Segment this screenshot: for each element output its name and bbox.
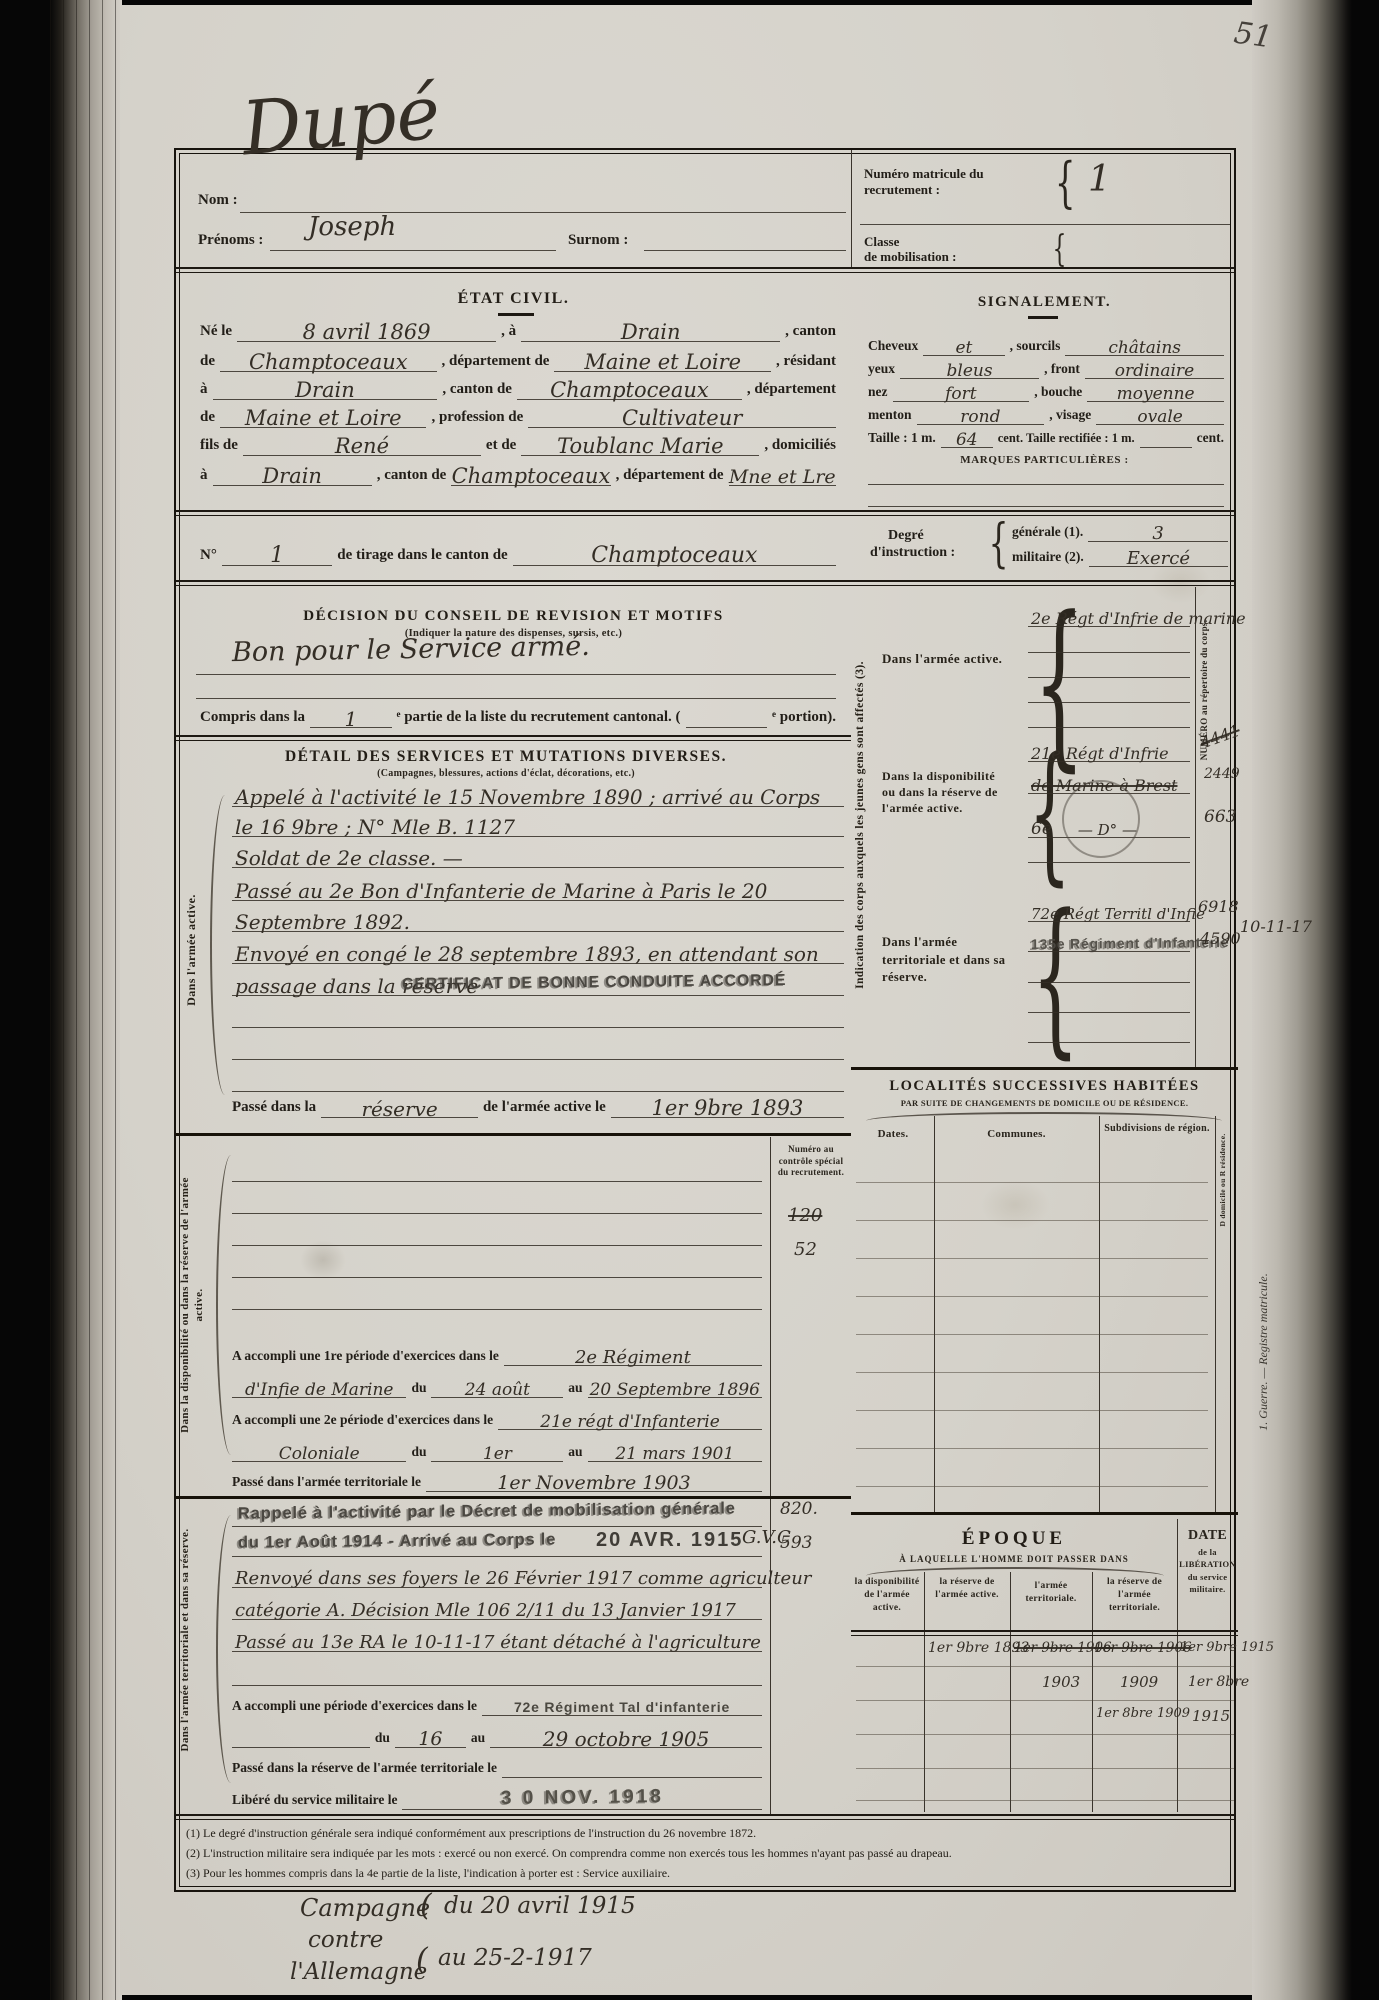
field-line: moyenne: [1087, 387, 1224, 402]
field-line: Champtoceaux: [220, 353, 437, 372]
numero-column-divider: [1195, 587, 1196, 1069]
field-label: de: [200, 353, 215, 372]
table-column-line: [924, 1572, 925, 1812]
tirage-row: N° 1 de tirage dans le canton de Champto…: [200, 540, 836, 566]
etat-civil-row: fils de René et de Toublanc Marie , domi…: [200, 432, 836, 456]
nom-label: Nom :: [198, 192, 238, 211]
blank-line: [232, 1660, 762, 1686]
field-label: menton: [868, 407, 912, 425]
epoque-col2-header: la réserve de l'armée active.: [926, 1576, 1008, 1602]
field-line: 1: [222, 546, 332, 566]
field-value: Champtoceaux: [249, 353, 408, 372]
field-label: Libéré du service militaire le: [232, 1792, 397, 1810]
blank-line: [1028, 982, 1190, 983]
service-entry: catégorie A. Décision Mle 106 2/11 du 13…: [235, 1603, 736, 1619]
field-value: 1er: [483, 1447, 512, 1462]
territoriale-pass-row: Passé dans l'armée territoriale le 1er N…: [232, 1466, 762, 1492]
service-entry: le 16 9bre ; N° Mle B. 1127: [235, 818, 515, 836]
periode-row: d'Infie de Marine du 24 août au 20 Septe…: [232, 1372, 762, 1398]
blank-line: [232, 1220, 762, 1246]
field-line: 16: [395, 1731, 466, 1748]
matricule-line: [860, 224, 1230, 225]
field-line: d'Infie de Marine: [232, 1383, 406, 1398]
field-line: rond: [917, 410, 1045, 425]
field-label: au: [471, 1730, 485, 1748]
page-stack-edge: [1252, 0, 1352, 2000]
prenoms-value: Joseph: [308, 216, 396, 239]
field-value: René: [335, 437, 389, 456]
field-line: 1: [310, 710, 392, 728]
etat-civil-row: de Champtoceaux , département de Maine e…: [200, 348, 836, 372]
section-rule: [176, 735, 851, 741]
blank-line: [232, 1066, 844, 1092]
corps-line: 21e Régt d'Infrie: [1028, 736, 1190, 762]
table-column-line: [1099, 1116, 1100, 1512]
blank-line: [1028, 702, 1190, 703]
numero-label: N°: [200, 547, 217, 566]
field-label: Taille : 1 m.: [868, 430, 936, 448]
blank-line: [232, 1034, 844, 1060]
controle-number: 52: [794, 1242, 817, 1258]
service-line: catégorie A. Décision Mle 106 2/11 du 13…: [232, 1594, 762, 1620]
field-line: ovale: [1096, 410, 1224, 425]
instruction-row: militaire (2). Exercé: [1012, 547, 1228, 567]
service-line: Renvoyé dans ses foyers le 26 Février 19…: [232, 1562, 762, 1588]
blank-line: [232, 1252, 762, 1278]
blank-line: [232, 1526, 762, 1527]
signalement-row: nez fort , bouche moyenne: [868, 380, 1224, 402]
instruction-label-2: d'instruction :: [870, 545, 955, 563]
epoque-value: 1909: [1120, 1676, 1158, 1690]
field-label: au: [568, 1444, 582, 1462]
field-line: Toublanc Marie: [521, 437, 759, 456]
epoque-value-struck: 1er 9bre 1906: [1094, 1642, 1192, 1654]
epoque-col3-header: l'armée territoriale.: [1012, 1580, 1090, 1606]
service-entry: Renvoyé dans ses foyers le 26 Février 19…: [235, 1571, 811, 1587]
regiment-stamp: 72e Régiment Tal d'infanterie: [514, 1699, 730, 1715]
col-header-communes: Communes.: [934, 1128, 1099, 1140]
section-rule: [176, 510, 1234, 516]
campaign-note-date: au 25-2-1917: [438, 1948, 592, 1969]
campaign-note-word: contre: [308, 1930, 383, 1951]
field-label: de l'armée active le: [483, 1099, 606, 1118]
field-label: , front: [1044, 361, 1080, 379]
blank-line: [1028, 1012, 1190, 1013]
section-rule: [851, 1067, 1238, 1070]
field-value: 20 Septembre 1896: [590, 1383, 760, 1398]
section-rule: [176, 1133, 851, 1136]
col-header-subdivisions: Subdivisions de région.: [1099, 1122, 1215, 1135]
field-line: René: [243, 437, 481, 456]
corps-group-label-territoriale: Dans l'armée territoriale et dans sa rés…: [882, 934, 1008, 987]
note-paren: (: [420, 1892, 432, 1919]
blank-line: [232, 1284, 762, 1310]
field-value: Toublanc Marie: [557, 437, 723, 456]
field-label: , profession de: [431, 409, 523, 428]
date-col-subtitle: de la LIBÉRATION du service militaire.: [1179, 1546, 1236, 1595]
field-label: Compris dans la: [200, 709, 305, 728]
services-title: DÉTAIL DES SERVICES ET MUTATIONS DIVERSE…: [206, 748, 806, 766]
col-header-domicile-residence: D domicile ou R résidence.: [1218, 1120, 1236, 1240]
prenoms-line: [270, 250, 556, 251]
section-brace-arc: [210, 795, 225, 1095]
field-line: 29 octobre 1905: [490, 1730, 762, 1748]
field-label: , sourcils: [1010, 338, 1061, 356]
tirage-label: de tirage dans le canton de: [337, 547, 507, 566]
service-line: le 16 9bre ; N° Mle B. 1127: [232, 811, 844, 837]
etat-civil-row: à Drain , canton de Champtoceaux , dépar…: [200, 462, 836, 486]
field-value: Coloniale: [279, 1447, 360, 1462]
footnote-rule: [176, 1814, 1234, 1820]
field-line: [502, 1777, 762, 1778]
field-line: Drain: [521, 323, 780, 342]
epoque-col1-header: la disponibilité de l'armée active.: [852, 1576, 922, 1614]
blank-line: [1028, 862, 1190, 863]
instruction-brace: {: [989, 518, 1009, 570]
campaign-note-word: l'Allemagne: [290, 1962, 427, 1983]
field-line: [232, 1747, 370, 1748]
field-label: du: [411, 1380, 426, 1398]
field-label: A accompli une 2e période d'exercices da…: [232, 1412, 493, 1430]
signalement-row: menton rond , visage ovale: [868, 403, 1224, 425]
blank-line: [868, 506, 1224, 507]
reserve-territoriale-row: Passé dans la réserve de l'armée territo…: [232, 1754, 762, 1778]
field-value: Exercé: [1127, 551, 1190, 567]
field-label: de: [200, 409, 215, 428]
field-line: Champtoceaux: [451, 467, 610, 486]
field-label: et de: [486, 437, 516, 456]
field-value: 64: [956, 433, 978, 448]
footnote-3: (3) Pour les hommes compris dans la 4e p…: [186, 1866, 670, 1881]
blank-line: [196, 698, 836, 699]
field-label: fils de: [200, 437, 238, 456]
field-line: Maine et Loire: [220, 409, 426, 428]
repertoire-number: 6918: [1198, 900, 1239, 914]
header-divider: [851, 150, 852, 267]
table-row-line: [856, 1800, 1234, 1801]
field-value: Maine et Loire: [245, 409, 402, 428]
field-label: , département de: [442, 353, 550, 372]
epoque-value: 1er 9bre 1915: [1180, 1642, 1274, 1654]
field-value: 8 avril 1869: [303, 323, 431, 342]
field-value: 21e régt d'Infanterie: [540, 1415, 720, 1430]
field-label: Cheveux: [868, 338, 918, 356]
field-line: Champtoceaux: [513, 546, 836, 566]
field-label: ᵉ partie de la liste du recrutement cant…: [397, 709, 681, 728]
field-line: Maine et Loire: [554, 353, 771, 372]
section-rule: [176, 1496, 851, 1499]
table-row-line: [856, 1448, 1208, 1449]
nom-value: Dupé: [239, 79, 442, 163]
periode-row: Coloniale du 1er au 21 mars 1901: [232, 1436, 762, 1462]
etat-civil-row: Né le 8 avril 1869 , à Drain , canton: [200, 318, 836, 342]
field-label: à: [200, 381, 208, 400]
table-row-line: [856, 1410, 1208, 1411]
field-line: 3: [1088, 526, 1228, 542]
table-row-line: [856, 1334, 1208, 1335]
service-line: Passé au 2e Bon d'Infanterie de Marine à…: [232, 875, 844, 901]
campaign-note-date: du 20 avril 1915: [444, 1896, 636, 1917]
field-line: Champtoceaux: [517, 381, 742, 400]
controle-column-divider: [770, 1137, 771, 1814]
repertoire-number: 4590: [1200, 932, 1241, 946]
service-line: Appelé à l'activité le 15 Novembre 1890 …: [232, 781, 844, 807]
arrivee-date-stamp: 20 AVR. 1915: [596, 1529, 743, 1552]
field-line: Exercé: [1089, 551, 1228, 567]
service-line: Envoyé en congé le 28 septembre 1893, en…: [232, 938, 844, 964]
field-line: 24 août: [431, 1383, 563, 1398]
field-line: 3 0 NOV. 1918: [402, 1787, 762, 1810]
localites-subtitle: PAR SUITE DE CHANGEMENTS DE DOMICILE OU …: [851, 1098, 1238, 1108]
etat-civil-row: à Drain , canton de Champtoceaux , dépar…: [200, 376, 836, 400]
matricule-brace: {: [1055, 156, 1076, 210]
field-line: 20 Septembre 1896: [588, 1383, 762, 1398]
etat-civil-row: de Maine et Loire , profession de Cultiv…: [200, 404, 836, 428]
service-entry: Soldat de 2e classe. —: [235, 849, 463, 867]
field-value: 16: [418, 1731, 442, 1748]
exercice-row: du 16 au 29 octobre 1905: [232, 1722, 762, 1748]
service-entry: Passé au 2e Bon d'Infanterie de Marine à…: [235, 882, 767, 900]
tirage-canton: Champtoceaux: [591, 546, 757, 566]
book-binding-edge: [50, 0, 122, 2000]
localites-title: LOCALITÉS SUCCESSIVES HABITÉES: [851, 1078, 1238, 1095]
field-value: 29 octobre 1905: [543, 1730, 710, 1748]
date-col-title: DATE: [1179, 1528, 1236, 1544]
compris-row: Compris dans la 1 ᵉ partie de la liste d…: [200, 706, 836, 728]
periode-row: A accompli une 1re période d'exercices d…: [232, 1340, 762, 1366]
service-line: Passé au 13e RA le 10-11-17 étant détach…: [232, 1626, 762, 1652]
field-label: , à: [501, 323, 516, 342]
field-label: , canton de: [442, 381, 512, 400]
field-value: Drain: [621, 323, 681, 342]
field-value: Drain: [262, 467, 322, 486]
classe-brace: {: [1053, 232, 1067, 268]
field-value: Maine et Loire: [584, 353, 741, 372]
field-line: et: [923, 341, 1004, 356]
field-label: , canton de: [377, 467, 447, 486]
mobilisation-stamp-line2: du 1er Août 1914 - Arrivé au Corps le: [238, 1530, 556, 1552]
field-value: Cultivateur: [622, 409, 742, 428]
form-frame: Nom : Dupé Prénoms : Joseph Surnom : Num…: [174, 148, 1236, 1892]
field-line: châtains: [1065, 341, 1224, 356]
field-label: à: [200, 467, 208, 486]
liberation-row: Libéré du service militaire le 3 0 NOV. …: [232, 1782, 762, 1810]
table-row-line: [856, 1220, 1208, 1221]
service-entry: Envoyé en congé le 28 septembre 1893, en…: [235, 945, 819, 963]
footnote-1: (1) Le degré d'instruction générale sera…: [186, 1826, 756, 1841]
controle-header: Numéro au contrôle spécial du recrutemen…: [773, 1144, 849, 1179]
field-label: militaire (2).: [1012, 549, 1084, 567]
blank-line: [232, 1556, 762, 1557]
field-label: , département de: [616, 467, 724, 486]
table-column-line: [1010, 1572, 1011, 1812]
epoque-col4-header: la réserve de l'armée territoriale.: [1094, 1576, 1175, 1614]
field-label: Passé dans la: [232, 1099, 316, 1118]
title-dash: [1028, 316, 1058, 319]
field-value: Drain: [295, 381, 355, 400]
field-value: ovale: [1137, 410, 1182, 425]
field-value: 24 août: [465, 1383, 530, 1398]
field-label: , canton: [785, 323, 836, 342]
passe-reserve-row: Passé dans la réserve de l'armée active …: [232, 1094, 844, 1118]
field-value: bleus: [947, 364, 993, 379]
field-line: Drain: [213, 381, 438, 400]
field-line: 21e régt d'Infanterie: [498, 1415, 762, 1430]
field-label: , bouche: [1034, 384, 1082, 402]
service-entry: Septembre 1892.: [235, 913, 410, 931]
surnom-label: Surnom :: [568, 232, 628, 251]
table-row-line: [856, 1666, 1234, 1667]
epoque-value: 1903: [1042, 1676, 1080, 1690]
field-value: châtains: [1108, 341, 1181, 356]
table-row-line: [856, 1258, 1208, 1259]
service-entry: Appelé à l'activité le 15 Novembre 1890 …: [235, 788, 820, 806]
instruction-label-1: Degré: [888, 528, 924, 546]
field-label: yeux: [868, 361, 895, 379]
sidebar-disponibilite: Dans la disponibilité ou dans la réserve…: [178, 1160, 210, 1450]
decision-value: Bon pour le Service armé.: [232, 635, 590, 666]
matricule-label: Numéro matricule du recrutement :: [864, 166, 1044, 201]
services-subtitle: (Campagnes, blessures, actions d'éclat, …: [206, 768, 806, 779]
classe-label-2: de mobilisation :: [864, 249, 1044, 267]
instruction-row: générale (1). 3: [1012, 522, 1228, 542]
field-value: Mne et Lre: [729, 469, 836, 486]
controle-number-old: 120: [788, 1208, 822, 1224]
field-label: Passé dans l'armée territoriale le: [232, 1474, 421, 1492]
epoque-title: ÉPOQUE: [851, 1528, 1177, 1550]
field-label: , domiciliés: [764, 437, 836, 456]
margin-series-label: 1. Guerre. — Registre matricule.: [1256, 1252, 1272, 1452]
page-number: 51: [1232, 19, 1274, 51]
table-row-line: [856, 1700, 1234, 1701]
corps-line: 135e Régiment d'Infanterie: [1028, 926, 1190, 952]
field-label: cent. Taille rectifiée : 1 m.: [998, 431, 1135, 448]
field-value: Champtoceaux: [452, 467, 611, 486]
corps-value: 21e Régt d'Infrie: [1031, 747, 1169, 761]
field-value: 1: [344, 710, 357, 728]
sidebar-territoriale: Dans l'armée territoriale et dans sa rés…: [178, 1510, 210, 1770]
liberation-date-stamp: 3 0 NOV. 1918: [501, 1786, 664, 1810]
epoque-value: 1er 8bre: [1188, 1676, 1249, 1689]
field-value: 21 mars 1901: [615, 1447, 734, 1462]
field-value: rond: [960, 410, 1000, 425]
field-line: 1er Novembre 1903: [426, 1475, 762, 1492]
field-line: Cultivateur: [528, 409, 836, 428]
epoque-value: 1er 8bre 1909: [1096, 1708, 1190, 1720]
field-value: 1er 9bre 1893: [651, 1099, 803, 1118]
field-value: fort: [945, 387, 977, 402]
field-line: 72e Régiment Tal d'infanterie: [482, 1699, 762, 1716]
marques-label: MARQUES PARTICULIÈRES :: [851, 454, 1238, 466]
blank-line: [1028, 1042, 1190, 1043]
exercice-row: A accompli une période d'exercices dans …: [232, 1690, 762, 1716]
table-row-line: [856, 1734, 1234, 1735]
corps-value: 6e: [1031, 822, 1052, 837]
header-rule: [851, 1630, 1238, 1636]
footnote-2: (2) L'instruction militaire sera indiqué…: [186, 1846, 952, 1861]
field-line: [686, 727, 768, 728]
field-label: cent.: [1197, 430, 1224, 448]
header-rule: [176, 267, 1234, 273]
margin-date-note: 10-11-17: [1240, 920, 1312, 934]
repertoire-number: 663: [1204, 810, 1236, 825]
field-value: d'Infie de Marine: [245, 1383, 393, 1398]
section-brace-arc: [216, 1515, 231, 1783]
signalement-row: Cheveux et , sourcils châtains: [868, 334, 1224, 356]
field-label: du: [375, 1730, 390, 1748]
table-row-line: [856, 1768, 1234, 1769]
title-dash: [498, 313, 534, 316]
section-brace-arc: [216, 1155, 231, 1455]
service-entry: Passé au 13e RA le 10-11-17 étant détach…: [235, 1635, 761, 1651]
signalement-row: yeux bleus , front ordinaire: [868, 357, 1224, 379]
service-line: Septembre 1892.: [232, 906, 844, 932]
field-label: Passé dans la réserve de l'armée territo…: [232, 1760, 497, 1778]
table-column-line: [1092, 1572, 1093, 1812]
campaign-note-word: Campagne: [300, 1898, 430, 1920]
table-brace: [866, 1112, 1222, 1121]
table-row-line: [856, 1182, 1208, 1183]
field-label: au: [568, 1380, 582, 1398]
table-brace: [866, 1567, 1164, 1576]
field-label: ᵉ portion).: [772, 709, 836, 728]
field-value: 3: [1152, 526, 1163, 542]
repertoire-number: 2449: [1204, 768, 1240, 781]
sidebar-corps-indication: Indication des corps auxquels les jeunes…: [854, 595, 880, 1055]
blank-line: [1028, 652, 1190, 653]
field-line: Mne et Lre: [729, 469, 837, 486]
field-label: , résidant: [776, 353, 836, 372]
scanned-register-page: { "colors":{"paper":"#d7d3cc","ink":"#22…: [0, 0, 1379, 2000]
corps-line: 72e Régt Territl d'Infie: [1028, 896, 1190, 922]
field-line: 1er: [431, 1447, 563, 1462]
epoque-value: 1915: [1192, 1710, 1230, 1724]
field-value: Champtoceaux: [550, 381, 709, 400]
table-row-line: [856, 1486, 1208, 1487]
corps-value: 72e Régt Territl d'Infie: [1031, 908, 1205, 922]
epoque-subtitle: À LAQUELLE L'HOMME DOIT PASSER DANS: [851, 1554, 1177, 1564]
note-paren: (: [416, 1946, 428, 1973]
table-row-line: [856, 1372, 1208, 1373]
tirage-number: 1: [270, 546, 284, 566]
field-label: , département: [747, 381, 836, 400]
corps-group-label-disponibilite: Dans la disponibilité ou dans la réserve…: [882, 768, 1008, 817]
field-label: , visage: [1049, 407, 1091, 425]
field-line: Coloniale: [232, 1447, 406, 1462]
field-value: réserve: [361, 1100, 437, 1118]
mobilisation-stamp-line1: Rappelé à l'activité par le Décret de mo…: [238, 1499, 736, 1523]
table-column-line: [934, 1116, 935, 1512]
prenoms-label: Prénoms :: [198, 232, 263, 251]
field-label: Né le: [200, 323, 232, 342]
round-stamp: [1062, 780, 1140, 858]
surnom-line: [644, 250, 846, 251]
sidebar-armee-active: Dans l'armée active.: [184, 800, 200, 1100]
margin-number: 820.: [780, 1502, 818, 1517]
service-line: Soldat de 2e classe. —: [232, 842, 844, 868]
field-line: Drain: [213, 467, 372, 486]
field-line: ordinaire: [1085, 364, 1224, 379]
blank-line: [196, 674, 836, 675]
blank-line: [1028, 677, 1190, 678]
field-line: réserve: [321, 1100, 478, 1118]
blank-line: [232, 1156, 762, 1182]
field-value: 2e Régiment: [575, 1350, 691, 1366]
matricule-value: 1: [1088, 164, 1111, 196]
blank-line: [232, 1002, 844, 1028]
field-label: A accompli une période d'exercices dans …: [232, 1698, 477, 1716]
field-value: moyenne: [1117, 387, 1195, 402]
